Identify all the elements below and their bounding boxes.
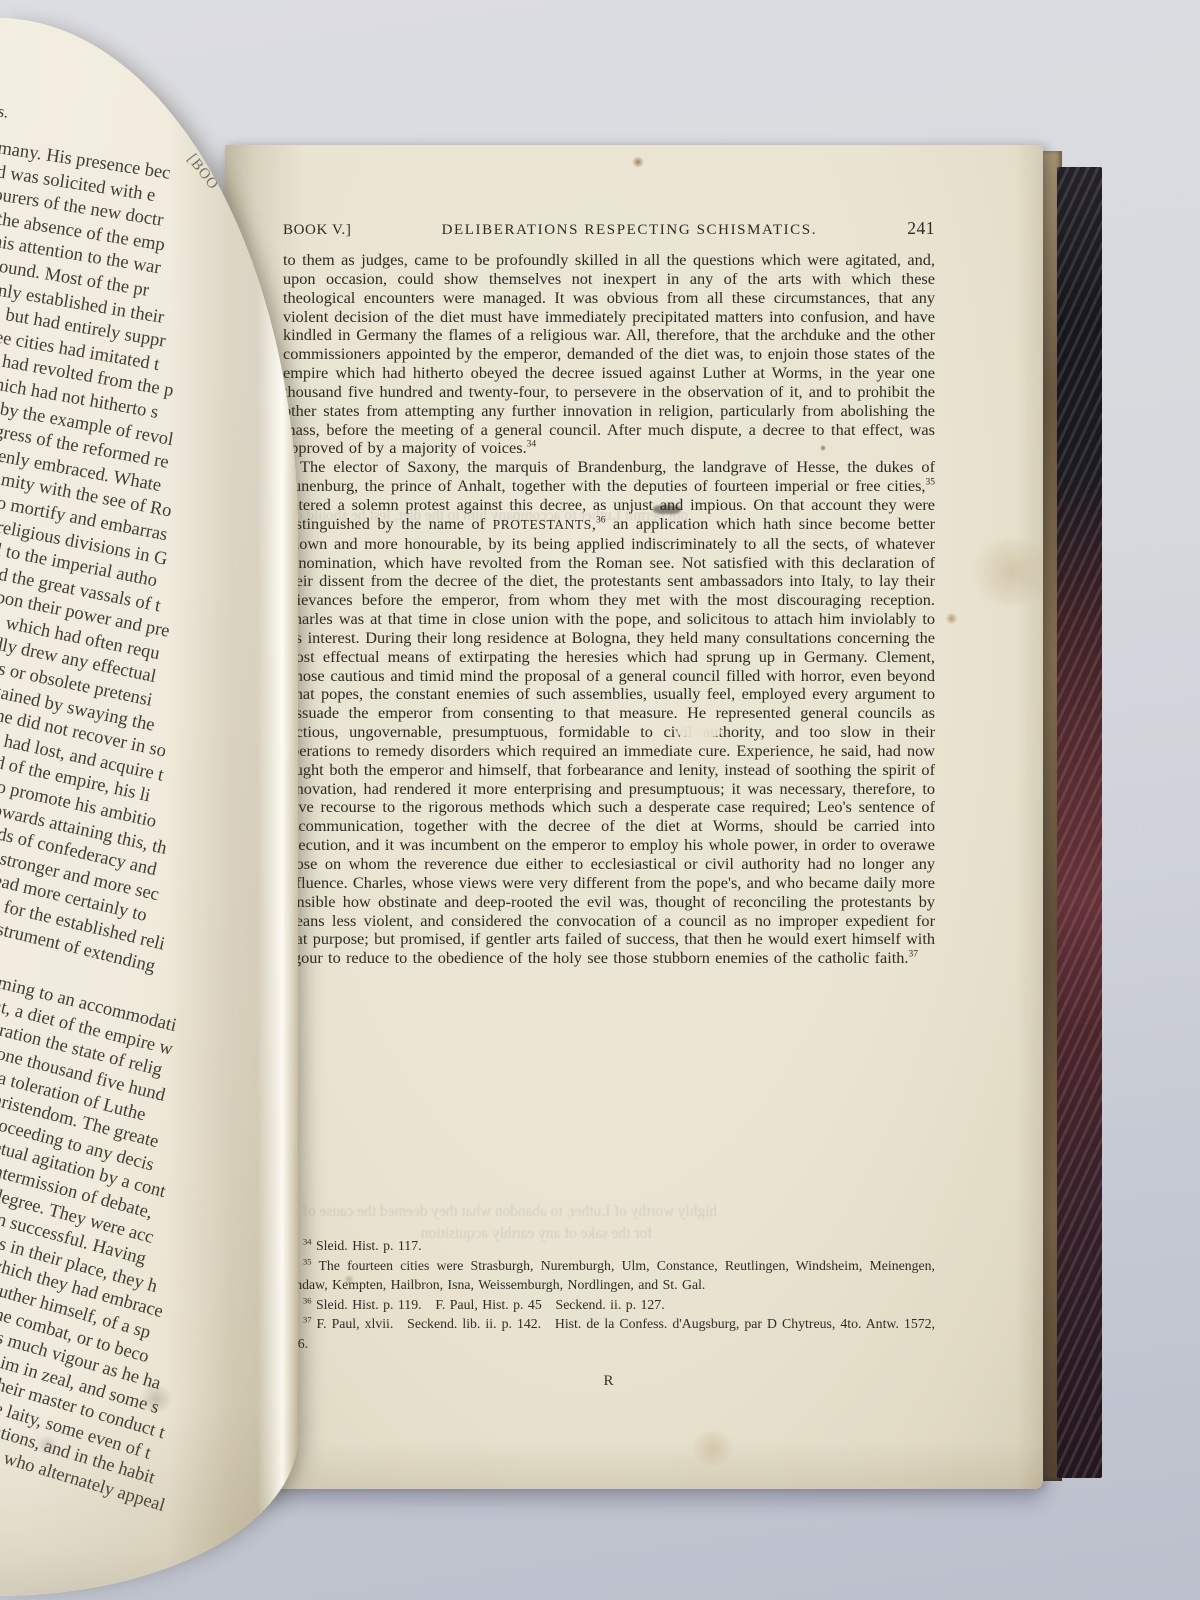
footnote-text: Sleid. Hist. p. 117. [312, 1238, 422, 1253]
right-page: BOOK V.] DELIBERATIONS RESPECTING SCHISM… [225, 145, 1043, 1489]
running-title: DELIBERATIONS RESPECTING SCHISMATICS. [351, 222, 907, 239]
text-run: The elector of Saxony, the marquis of Br… [283, 457, 935, 495]
footnote-ref: 35 [926, 478, 936, 488]
footnote: 35 The fourteen cities were Strasburgh, … [283, 1256, 935, 1295]
page-number: 241 [907, 218, 935, 239]
footnote-number: 34 [303, 1236, 312, 1246]
foxing-stain [967, 537, 1055, 607]
footnote-ref: 34 [527, 440, 537, 450]
foxing-stain [687, 1431, 739, 1465]
page-header: BOOK V.] DELIBERATIONS RESPECTING SCHISM… [283, 218, 935, 239]
small-caps-word: PROTESTANTS [493, 517, 592, 532]
footnote-number: 35 [303, 1256, 312, 1266]
footnote-text: The fourteen cities were Strasburgh, Nur… [283, 1258, 935, 1293]
footnote: 37 F. Paul, xlvii. Seckend. lib. ii. p. … [283, 1314, 935, 1353]
book-photo: BOOK V.] DELIBERATIONS RESPECTING SCHISM… [0, 0, 1200, 1600]
paragraph: The elector of Saxony, the marquis of Br… [283, 458, 935, 968]
marbled-board-edge [1057, 167, 1102, 1478]
footnote-text: Sleid. Hist. p. 119. F. Paul, Hist. p. 4… [312, 1297, 665, 1312]
text-run: to them as judges, came to be profoundly… [283, 250, 935, 457]
foxing-stain [631, 157, 645, 167]
left-page-top-fragment: s. [0, 103, 10, 123]
footnote-number: 36 [303, 1295, 312, 1305]
left-page-text: Germany. His presence bec, and was solic… [0, 134, 298, 1462]
footnote: 34 Sleid. Hist. p. 117. [283, 1236, 935, 1256]
text-run: an application which hath since become b… [283, 514, 935, 967]
footnotes: 34 Sleid. Hist. p. 117.35 The fourteen c… [283, 1236, 935, 1354]
body-text: to them as judges, came to be profoundly… [283, 251, 935, 968]
signature-mark: R [283, 1373, 935, 1390]
left-page: s. [BOO Germany. His presence bec, and w… [0, 18, 298, 1596]
paragraph: to them as judges, came to be profoundly… [283, 251, 935, 458]
footnote-ref: 37 [908, 950, 918, 960]
footnote-number: 37 [303, 1315, 312, 1325]
foxing-stain [945, 613, 958, 624]
bleed-through-text: highly worthy of Luther, to abandon what… [303, 1203, 717, 1221]
footnote-text: F. Paul, xlvii. Seckend. lib. ii. p. 142… [283, 1316, 935, 1351]
footnote: 36 Sleid. Hist. p. 119. F. Paul, Hist. p… [283, 1295, 935, 1315]
